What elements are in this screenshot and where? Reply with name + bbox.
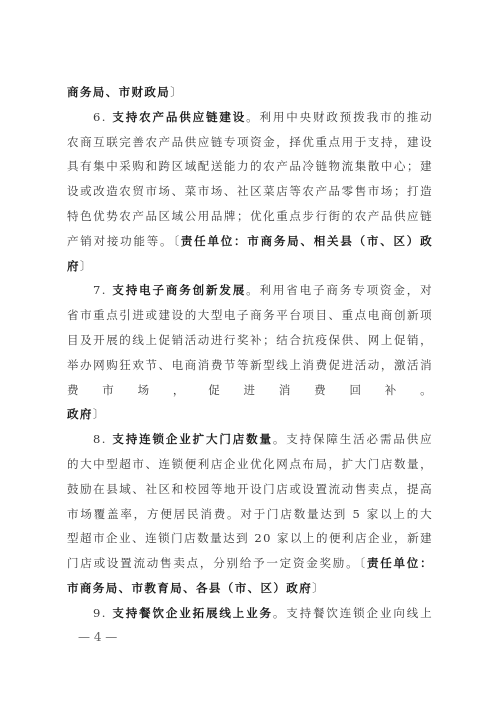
responsible-units-text: 政府 (67, 407, 93, 421)
line-text: 。利用中央财政预拨我市的推动 (246, 110, 433, 124)
line-text: 〕 (312, 581, 325, 595)
item-number: 7. (93, 283, 112, 297)
line-text: 特色优势农产品区域公用品牌；优化重点步行街的农产品供应链 (67, 209, 433, 223)
text-line: 门店或设置流动售卖点，分别给予一定资金奖励。〔责任单位： (67, 551, 433, 576)
line-text: 具有集中采购和跨区域配送能力的农产品冷链物流集散中心；建 (67, 159, 433, 173)
item-7-title: 支持电子商务创新发展 (112, 283, 246, 297)
line-text: 型超市企业、连锁门店数量达到 20 家以上的便利店企业，新建 (67, 531, 433, 545)
line-text: 。支持餐饮连锁企业向线上 (273, 606, 433, 620)
item-7-heading-line: 7. 支持电子商务创新发展。利用省电子商务专项资金，对 (67, 278, 433, 303)
line-text: 举办网购狂欢节、电商消费节等新型线上消费促进活动，激活消 (67, 358, 433, 372)
text-line: 型超市企业、连锁门店数量达到 20 家以上的便利店企业，新建 (67, 526, 433, 551)
item-6-heading-line: 6. 支持农产品供应链建设。利用中央财政预拨我市的推动 (67, 105, 433, 130)
responsible-units-text: 府 (67, 259, 80, 273)
text-line: 设或改造农贸市场、菜市场、社区菜店等农产品零售市场；打造 (67, 179, 433, 204)
responsible-units-text: 市商务局、市教育局、各县（市、区）政府 (67, 581, 312, 595)
line-text: 费市场，促进消费回补。〔 (67, 383, 433, 403)
text-line: 费市场，促进消费回补。〔责任单位：市商务局、各县（市、区） (67, 378, 433, 403)
text-line: 商务局、市财政局〕 (67, 80, 433, 105)
line-text: 。利用省电子商务专项资金，对 (246, 283, 433, 297)
text-line: 特色优势农产品区域公用品牌；优化重点步行街的农产品供应链 (67, 204, 433, 229)
text-line: 举办网购狂欢节、电商消费节等新型线上消费促进活动，激活消 (67, 353, 433, 378)
text-line: 农商互联完善农产品供应链专项资金，择优重点用于支持，建设 (67, 130, 433, 155)
document-body: 商务局、市财政局〕 6. 支持农产品供应链建设。利用中央财政预拨我市的推动 农商… (67, 80, 433, 626)
line-text: 的大中型超市、连锁便利店企业优化网点布局，扩大门店数量， (67, 457, 433, 471)
text-line: 府〕 (67, 254, 433, 279)
line-text: 门店或设置流动售卖点，分别给予一定资金奖励。〔 (67, 556, 367, 570)
line-text: 目及开展的线上促销活动进行奖补；结合抗疫保供、网上促销， (67, 333, 433, 347)
line-text: 鼓励在县域、社区和校园等地开设门店或设置流动售卖点，提高 (67, 482, 433, 496)
text-line: 省市重点引进或建设的大型电子商务平台项目、重点电商创新项 (67, 303, 433, 328)
responsible-units-text: 责任单位：市商务局、相关县（市、区）政 (181, 234, 433, 248)
line-text: 。支持保障生活必需品供应 (273, 432, 433, 446)
item-6-title: 支持农产品供应链建设 (112, 110, 246, 124)
line-text: 〕 (80, 259, 93, 273)
text-line: 具有集中采购和跨区域配送能力的农产品冷链物流集散中心；建 (67, 154, 433, 179)
line-text: 农商互联完善农产品供应链专项资金，择优重点用于支持，建设 (67, 135, 433, 149)
line-text: 〕 (170, 85, 183, 99)
text-line: 产销对接功能等。〔责任单位：市商务局、相关县（市、区）政 (67, 229, 433, 254)
text-line: 的大中型超市、连锁便利店企业优化网点布局，扩大门店数量， (67, 452, 433, 477)
line-text: 设或改造农贸市场、菜市场、社区菜店等农产品零售市场；打造 (67, 184, 433, 198)
text-line: 目及开展的线上促销活动进行奖补；结合抗疫保供、网上促销， (67, 328, 433, 353)
item-8-title: 支持连锁企业扩大门店数量 (112, 432, 273, 446)
item-9-title: 支持餐饮企业拓展线上业务 (112, 606, 273, 620)
text-line: 市场覆盖率，方便居民消费。对于门店数量达到 5 家以上的大中 (67, 502, 433, 527)
item-number: 6. (93, 110, 112, 124)
line-text: 省市重点引进或建设的大型电子商务平台项目、重点电商创新项 (67, 308, 433, 322)
item-8-heading-line: 8. 支持连锁企业扩大门店数量。支持保障生活必需品供应 (67, 427, 433, 452)
line-text: 〕 (93, 407, 106, 421)
text-line: 市商务局、市教育局、各县（市、区）政府〕 (67, 576, 433, 601)
responsible-units-text: 商务局、市财政局 (67, 85, 170, 99)
document-page: 商务局、市财政局〕 6. 支持农产品供应链建设。利用中央财政预拨我市的推动 农商… (0, 0, 500, 707)
text-line: 政府〕 (67, 402, 433, 427)
responsible-units-text: 责任单位： (367, 556, 433, 570)
line-text: 产销对接功能等。〔 (67, 234, 181, 248)
item-9-heading-line: 9. 支持餐饮企业拓展线上业务。支持餐饮连锁企业向线上 (67, 601, 433, 626)
page-number: — 4 — (78, 628, 124, 646)
line-text: 市场覆盖率，方便居民消费。对于门店数量达到 5 家以上的大中 (67, 507, 433, 527)
item-number: 8. (93, 432, 112, 446)
item-number: 9. (93, 606, 112, 620)
text-line: 鼓励在县域、社区和校园等地开设门店或设置流动售卖点，提高 (67, 477, 433, 502)
